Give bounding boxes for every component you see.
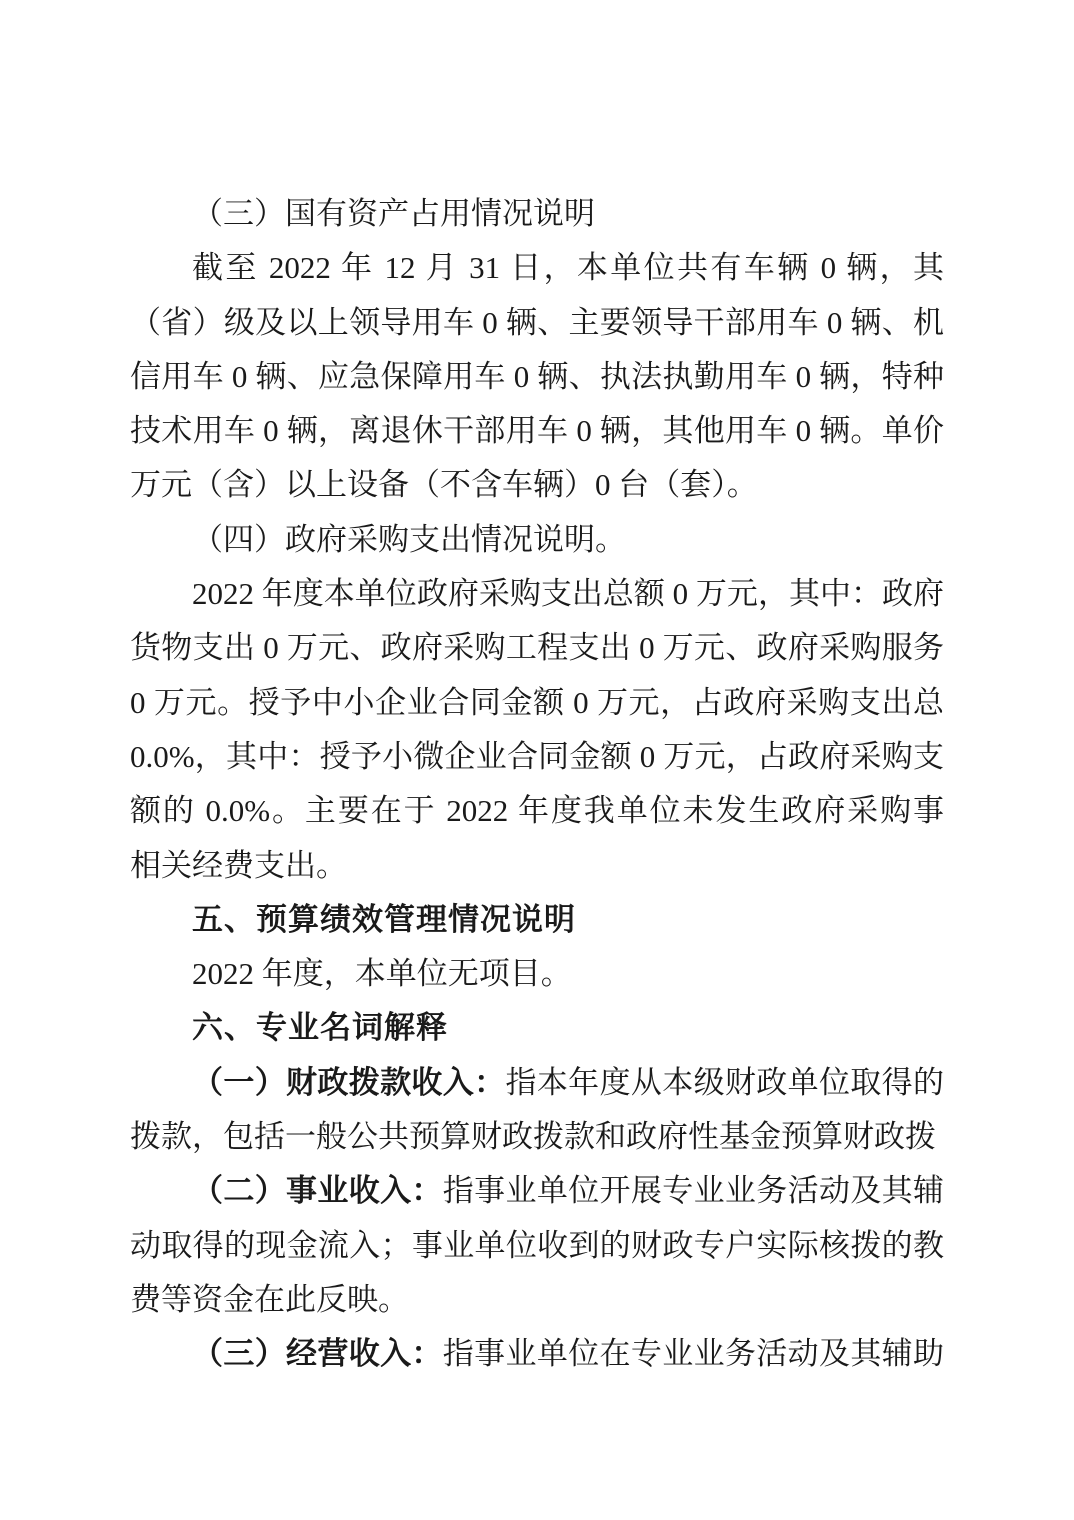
document-page: （三）国有资产占用情况说明 截至 2022 年 12 月 31 日，本单位共有车… — [0, 0, 1074, 1520]
paragraph-line: 2022 年度本单位政府采购支出总额 0 万元，其中：政府采购 — [130, 567, 944, 621]
section5-heading: 五、预算绩效管理情况说明 — [130, 893, 944, 947]
paragraph-line: 万元（含）以上设备（不含车辆）0 台（套）。 — [130, 458, 944, 512]
paragraph-line: 0 万元。授予中小企业合同金额 0 万元，占政府采购支出总额的 — [130, 676, 944, 730]
paragraph-line: 2022 年度，本单位无项目。 — [130, 947, 944, 1001]
document-content: （三）国有资产占用情况说明 截至 2022 年 12 月 31 日，本单位共有车… — [130, 187, 944, 1382]
term-line: （二）事业收入：指事业单位开展专业业务活动及其辅助活 — [130, 1164, 944, 1218]
term-label: （二）事业收入： — [192, 1173, 443, 1208]
paragraph-line: 拨款，包括一般公共预算财政拨款和政府性基金预算财政拨款。 — [130, 1110, 944, 1164]
paragraph-line: 货物支出 0 万元、政府采购工程支出 0 万元、政府采购服务支出 — [130, 621, 944, 675]
section3-heading: （三）国有资产占用情况说明 — [130, 187, 944, 241]
paragraph-line: 技术用车 0 辆，离退休干部用车 0 辆，其他用车 0 辆。单价 100 — [130, 404, 944, 458]
paragraph-line: 0.0%，其中：授予小微企业合同金额 0 万元，占政府采购支出总 — [130, 730, 944, 784]
term-line: （一）财政拨款收入：指本年度从本级财政单位取得的财政 — [130, 1056, 944, 1110]
paragraph-line: 动取得的现金流入；事业单位收到的财政专户实际核拨的教育收 — [130, 1219, 944, 1273]
paragraph-line: 截至 2022 年 12 月 31 日，本单位共有车辆 0 辆，其中，副部 — [130, 241, 944, 295]
term-label: （三）经营收入： — [192, 1336, 443, 1371]
term-label: （一）财政拨款收入： — [192, 1065, 505, 1100]
paragraph-line: （省）级及以上领导用车 0 辆、主要领导干部用车 0 辆、机要通 — [130, 296, 944, 350]
paragraph-line: 费等资金在此反映。 — [130, 1273, 944, 1327]
paragraph-line: 相关经费支出。 — [130, 839, 944, 893]
paragraph-line: 额的 0.0%。主要在于 2022 年度我单位未发生政府采购事项，无 — [130, 784, 944, 838]
paragraph-line: 信用车 0 辆、应急保障用车 0 辆、执法执勤用车 0 辆，特种专业 — [130, 350, 944, 404]
section6-heading: 六、专业名词解释 — [130, 1001, 944, 1055]
section4-heading: （四）政府采购支出情况说明。 — [130, 513, 944, 567]
term-line: （三）经营收入：指事业单位在专业业务活动及其辅助活动 — [130, 1327, 944, 1381]
